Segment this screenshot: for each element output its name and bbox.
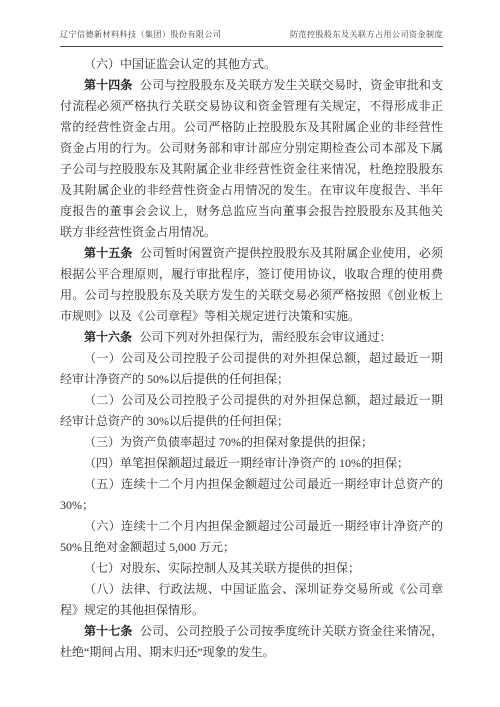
document-body: （六）中国证监会认定的其他方式。第十四条公司与控股股东及关联方发生关联交易时，资… (60, 47, 443, 663)
clause-number: 第十四条 (84, 78, 133, 92)
clause-number: 第十五条 (84, 246, 133, 260)
header-doc-title: 防范控股股东及关联方占用公司资金制度 (290, 29, 443, 40)
paragraph-2: 第十四条公司与控股股东及关联方发生关联交易时，资金审批和支付流程必须严格执行关联… (60, 75, 443, 243)
document-page: 辽宁信德新材料科技（集团）股份有限公司 防范控股股东及关联方占用公司资金制度 （… (0, 0, 500, 707)
paragraph-8: （四）单笔担保额超过最近一期经审计净资产的 10%的担保； (60, 453, 443, 474)
paragraph-6: （二）公司及公司控股子公司提供的对外担保总额，超过最近一期经审计总资产的 30%… (60, 390, 443, 432)
paragraph-5: （一）公司及公司控股子公司提供的对外担保总额，超过最近一期经审计净资产的 50%… (60, 348, 443, 390)
paragraph-3: 第十五条公司暂时闲置资产提供控股股东及其附属企业使用，必须根据公平合理原则，履行… (60, 243, 443, 327)
paragraph-4: 第十六条公司下列对外担保行为，需经股东会审议通过： (60, 327, 443, 348)
header-company-name: 辽宁信德新材料科技（集团）股份有限公司 (60, 29, 222, 40)
paragraph-10: （六）连续十二个月内担保金额超过公司最近一期经审计净资产的 50%且绝对金额超过… (60, 516, 443, 558)
paragraph-1: （六）中国证监会认定的其他方式。 (60, 54, 443, 75)
paragraph-9: （五）连续十二个月内担保金额超过公司最近一期经审计总资产的 30%； (60, 474, 443, 516)
clause-number: 第十七条 (84, 624, 133, 638)
clause-number: 第十六条 (84, 330, 132, 344)
paragraph-13: 第十七条公司、公司控股子公司按季度统计关联方资金往来情况，杜绝“期间占用、期末归… (60, 621, 443, 663)
paragraph-11: （七）对股东、实际控制人及其关联方提供的担保； (60, 558, 443, 579)
paragraph-12: （八）法律、行政法规、中国证监会、深圳证券交易所或《公司章程》规定的其他担保情形… (60, 579, 443, 621)
paragraph-7: （三）为资产负债率超过 70%的担保对象提供的担保； (60, 432, 443, 453)
page-header: 辽宁信德新材料科技（集团）股份有限公司 防范控股股东及关联方占用公司资金制度 (60, 29, 443, 47)
